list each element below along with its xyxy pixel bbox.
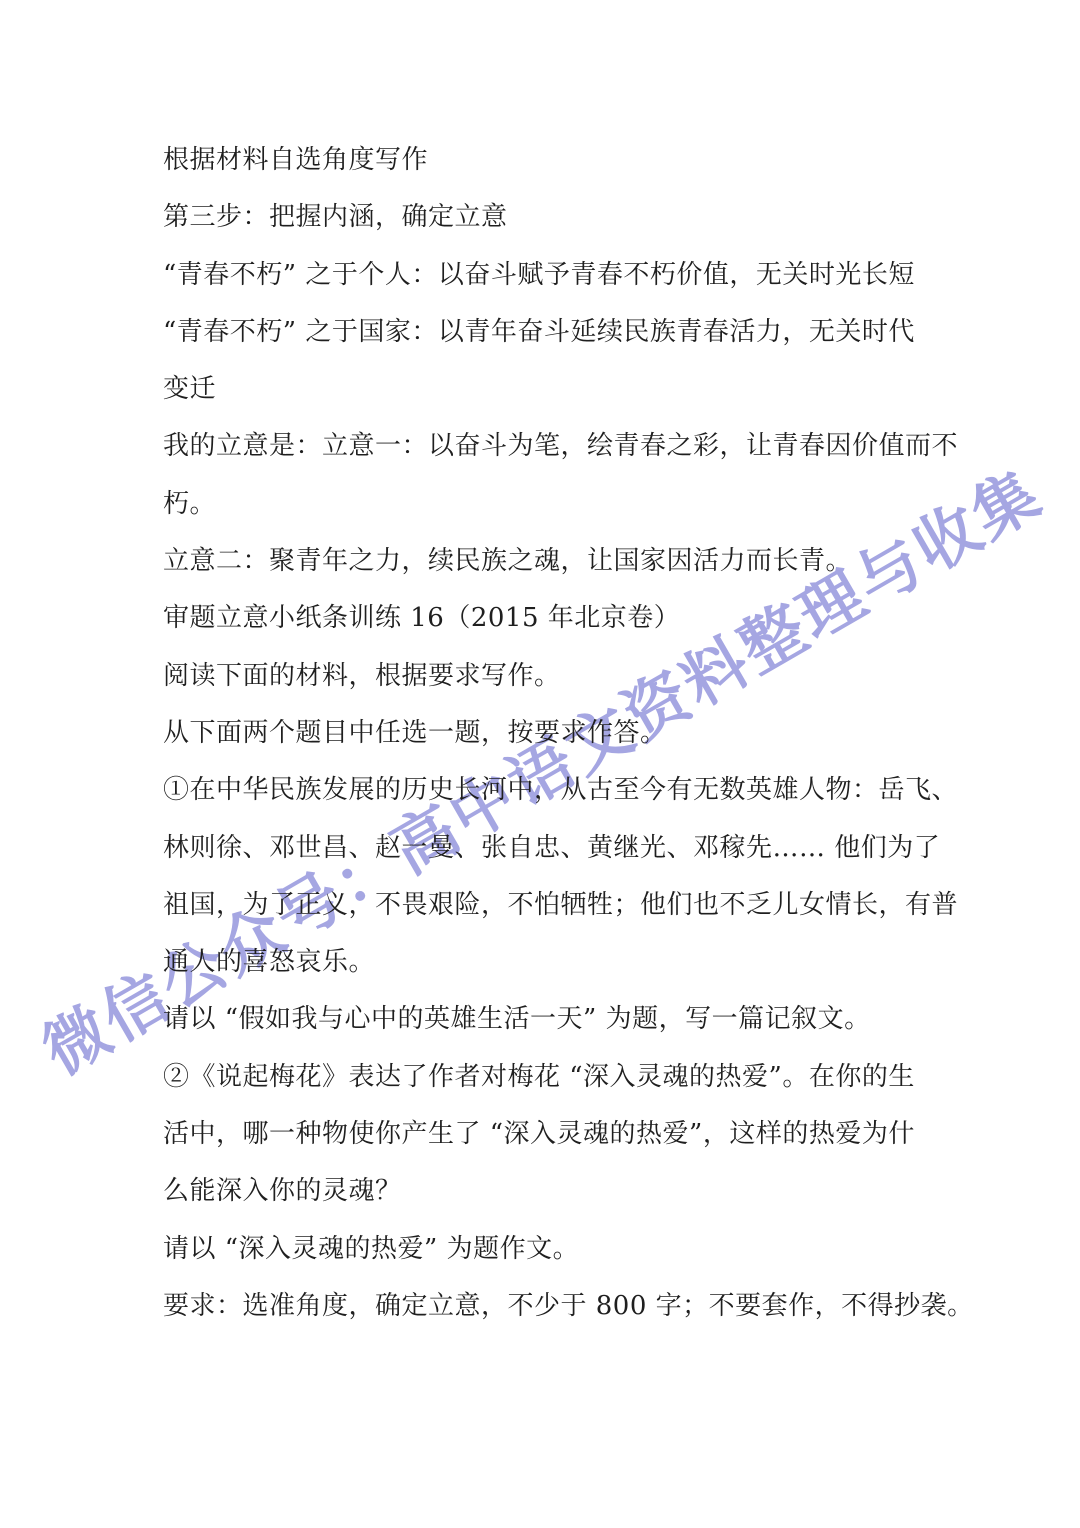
document-line: ②《说起梅花》表达了作者对梅花 “深入灵魂的热爱”。在你的生 <box>163 1049 974 1106</box>
document-page: 微信公众号：高中语文资料整理与收集 根据材料自选角度写作第三步：把握内涵，确定立… <box>0 0 1080 1528</box>
document-line: 请以 “深入灵魂的热爱” 为题作文。 <box>163 1221 974 1278</box>
document-line: 请以 “假如我与心中的英雄生活一天” 为题，写一篇记叙文。 <box>163 991 974 1048</box>
document-line: 祖国，为了正义，不畏艰险，不怕牺牲；他们也不乏儿女情长，有普 <box>163 877 974 934</box>
document-body: 根据材料自选角度写作第三步：把握内涵，确定立意“青春不朽” 之于个人：以奋斗赋予… <box>163 132 974 1335</box>
document-line: 立意二：聚青年之力，续民族之魂，让国家因活力而长青。 <box>163 533 974 590</box>
document-line: 审题立意小纸条训练 16（2015 年北京卷） <box>163 590 974 647</box>
document-line: 要求：选准角度，确定立意，不少于 800 字；不要套作，不得抄袭。 <box>163 1278 974 1335</box>
document-line: “青春不朽” 之于国家：以青年奋斗延续民族青春活力，无关时代 <box>163 304 974 361</box>
document-line: ①在中华民族发展的历史长河中，从古至今有无数英雄人物：岳飞、 <box>163 762 974 819</box>
document-line: “青春不朽” 之于个人：以奋斗赋予青春不朽价值，无关时光长短 <box>163 247 974 304</box>
document-line: 林则徐、邓世昌、赵一曼、张自忠、黄继光、邓稼先…… 他们为了 <box>163 820 974 877</box>
document-line: 阅读下面的材料，根据要求写作。 <box>163 648 974 705</box>
document-line: 根据材料自选角度写作 <box>163 132 974 189</box>
document-line: 通人的喜怒哀乐。 <box>163 934 974 991</box>
document-line: 么能深入你的灵魂？ <box>163 1163 974 1220</box>
document-line: 第三步：把握内涵，确定立意 <box>163 189 974 246</box>
document-line: 变迁 <box>163 361 974 418</box>
document-line: 从下面两个题目中任选一题，按要求作答。 <box>163 705 974 762</box>
document-line: 朽。 <box>163 476 974 533</box>
document-line: 活中，哪一种物使你产生了 “深入灵魂的热爱”，这样的热爱为什 <box>163 1106 974 1163</box>
document-line: 我的立意是：立意一：以奋斗为笔，绘青春之彩，让青春因价值而不 <box>163 418 974 475</box>
